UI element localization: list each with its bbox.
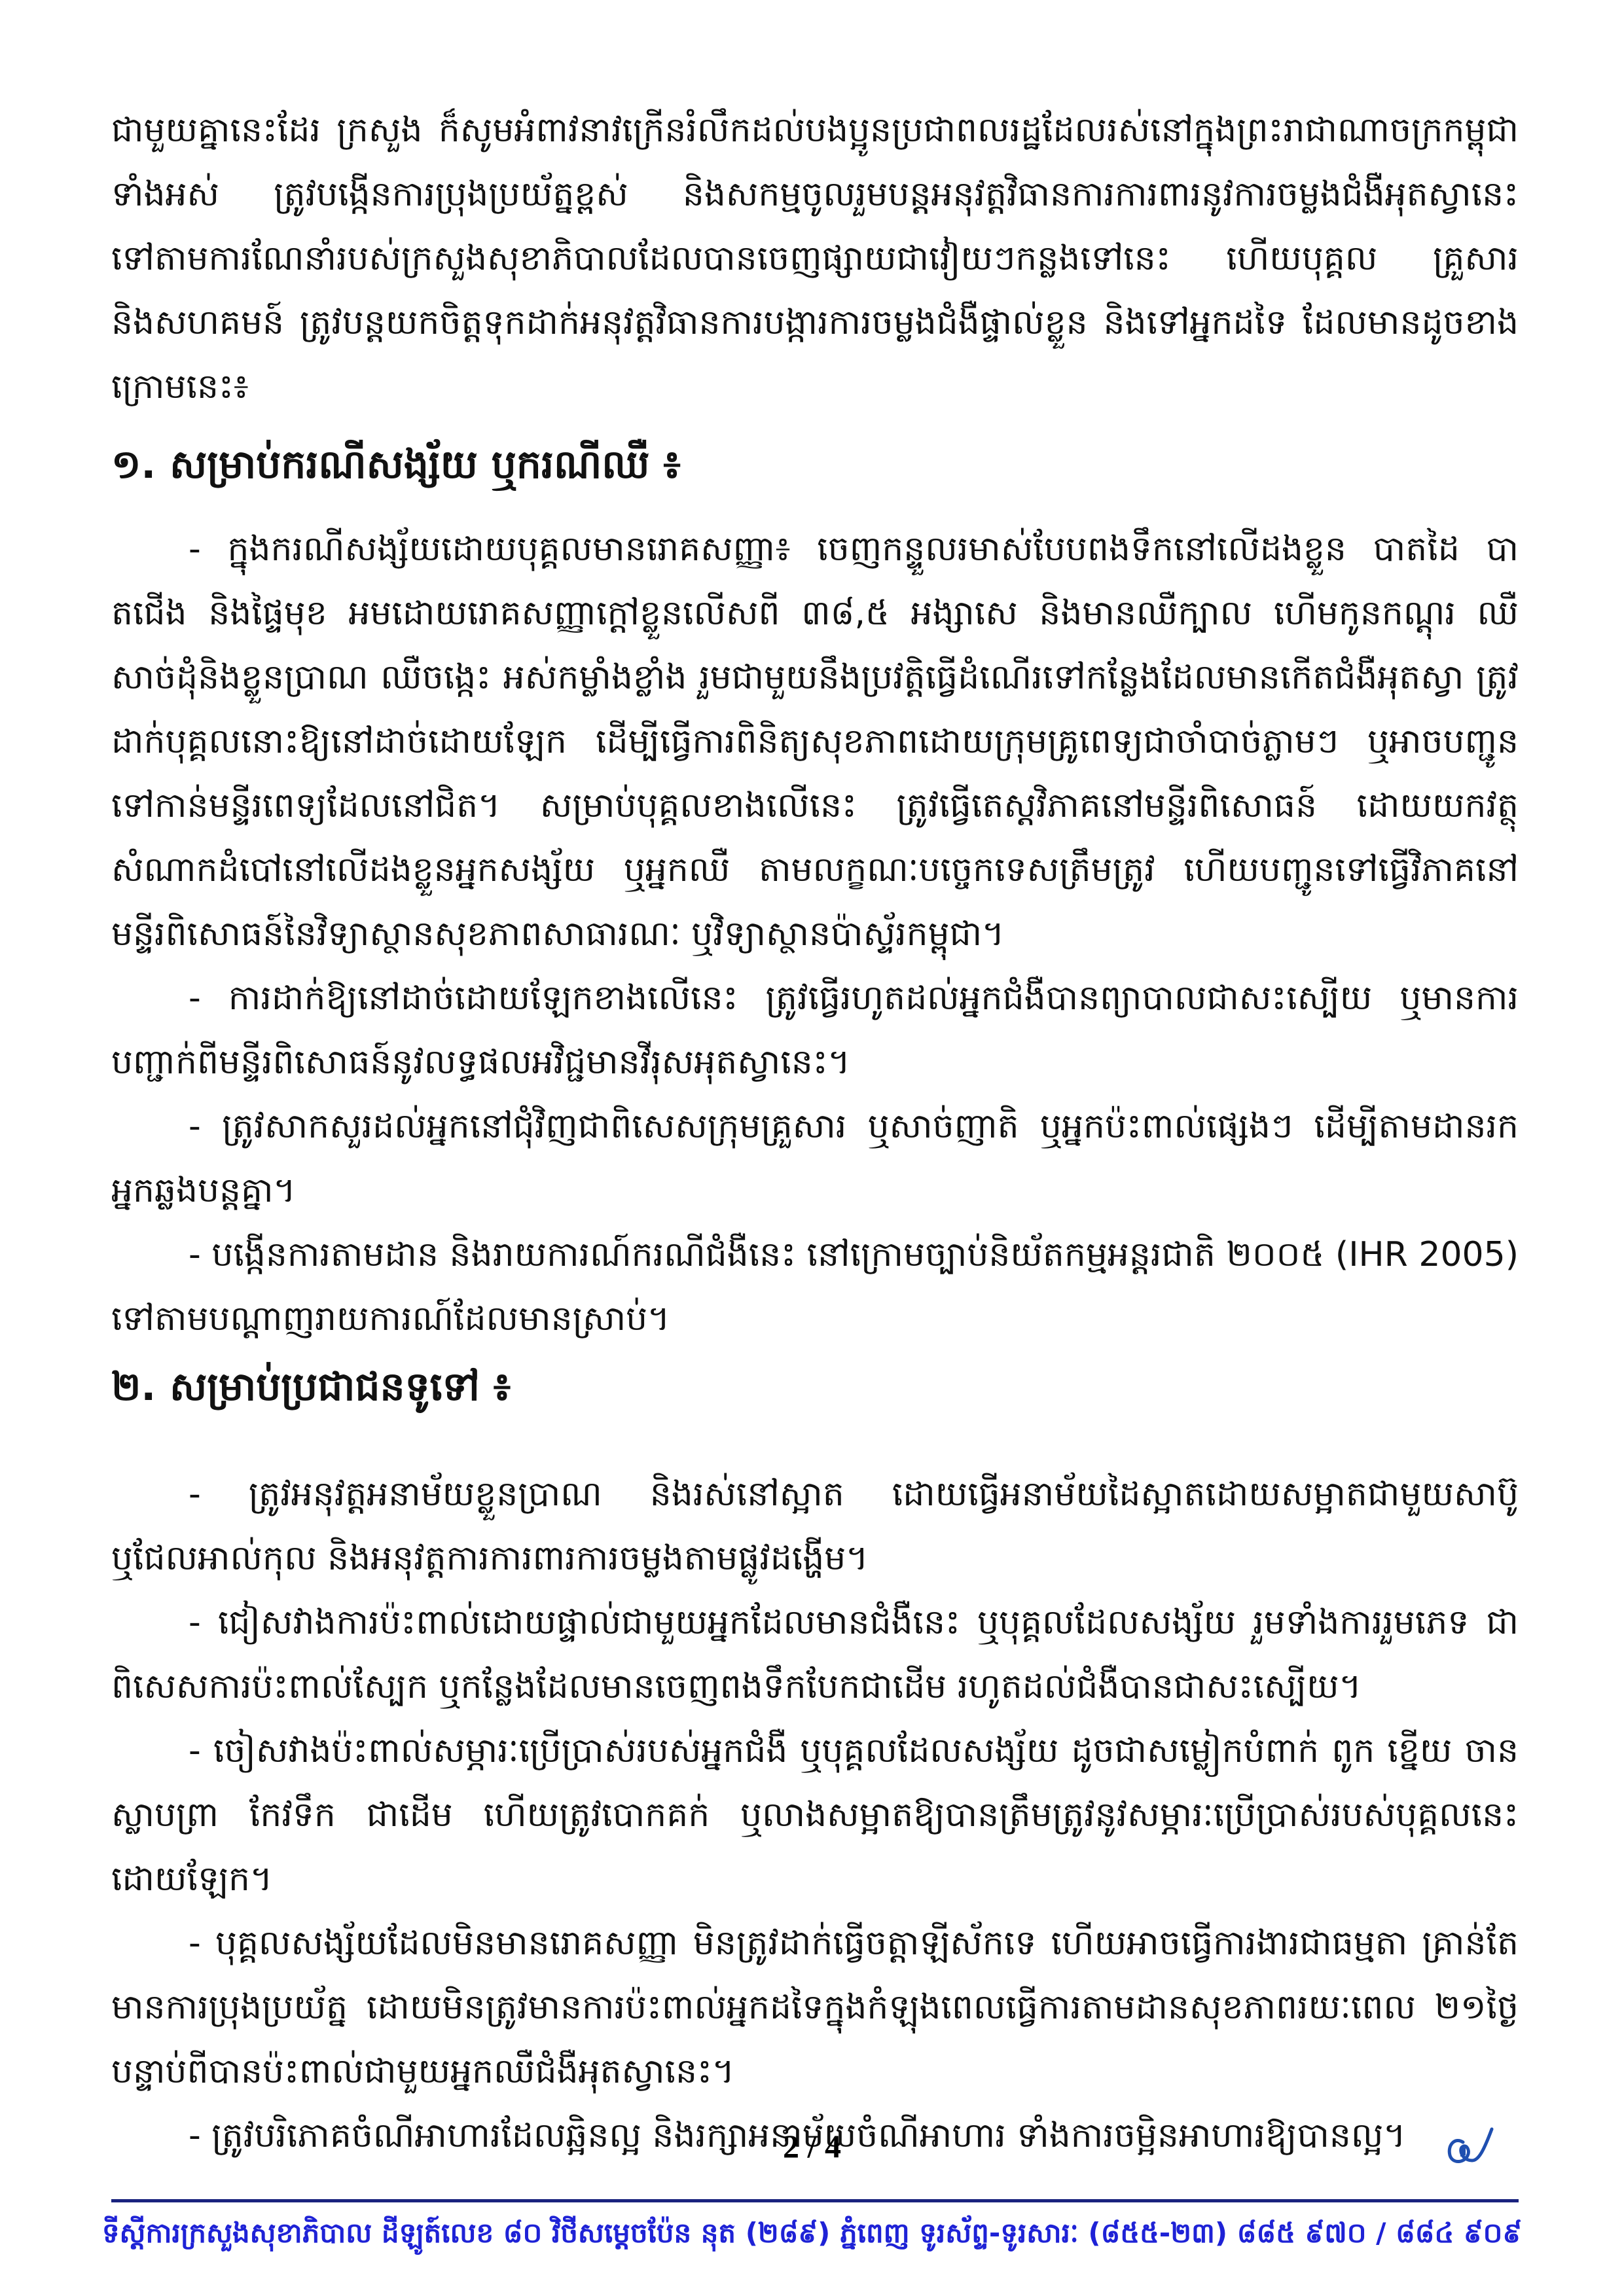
section-2-heading: ២. សម្រាប់ប្រជាជនទូទៅ ៖ [111, 1351, 1519, 1423]
section-1-item: - ត្រូវសាកសួរដល់អ្នកនៅជុំវិញជាពិសេសក្រុម… [111, 1094, 1519, 1223]
document-body: ជាមួយគ្នានេះដែរ ក្រសួង ក៏សូមអំពាវនាវក្រើ… [111, 98, 1519, 2168]
section-2-item: - ត្រូវអនុវត្តអនាម័យខ្លួនប្រាណ និងរស់នៅស… [111, 1462, 1519, 1590]
section-1-heading: ១. សម្រាប់ករណីសង្ស័យ ឬករណីឈឺ ៖ [111, 425, 1519, 504]
signature-initials-icon [1443, 2124, 1496, 2170]
section-2-item: - ជៀសវាងការប៉ះពាល់ដោយផ្ទាល់ជាមួយអ្នកដែលម… [111, 1590, 1519, 1719]
footer-divider [111, 2199, 1519, 2202]
section-2-item: - ចៀសវាងប៉ះពាល់សម្ភារៈប្រើប្រាស់របស់អ្នក… [111, 1719, 1519, 1911]
footer-address: ទីស្ដីការក្រសួងសុខាភិបាល ដីឡូត៍លេខ ៨០ វិ… [0, 2215, 1624, 2256]
section-2-item: - បុគ្គលសង្ស័យដែលមិនមានរោគសញ្ញា មិនត្រូវ… [111, 1911, 1519, 2104]
page-number: 2 / 4 [0, 2127, 1624, 2165]
section-1-item: - ក្នុងករណីសង្ស័យដោយបុគ្គលមានរោគសញ្ញា៖ ច… [111, 517, 1519, 966]
intro-paragraph: ជាមួយគ្នានេះដែរ ក្រសួង ក៏សូមអំពាវនាវក្រើ… [111, 98, 1519, 419]
section-1-item: - ការដាក់ឱ្យនៅដាច់ដោយឡែកខាងលើនេះ ត្រូវធ្… [111, 966, 1519, 1094]
section-1-item: - បង្កើនការតាមដាន និងរាយការណ៍ករណីជំងឺនេះ… [111, 1223, 1519, 1351]
